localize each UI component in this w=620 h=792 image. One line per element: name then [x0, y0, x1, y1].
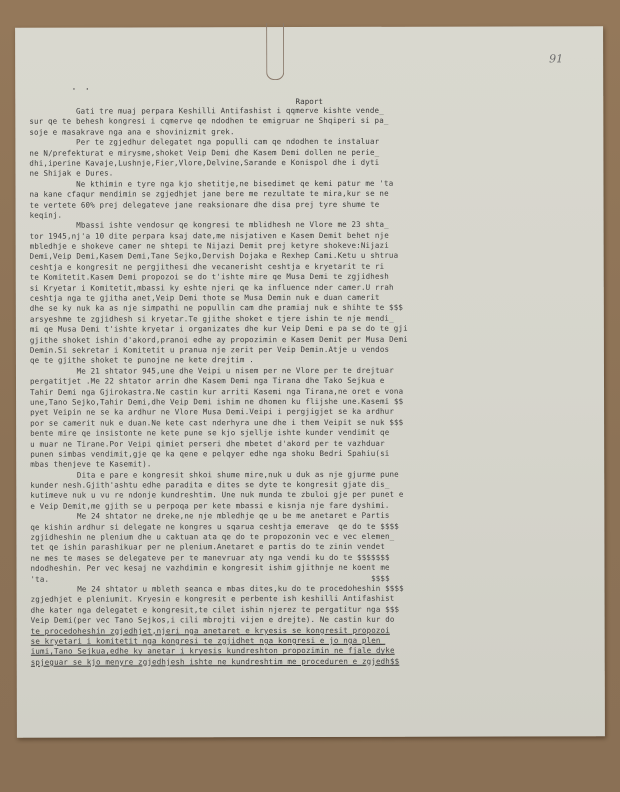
- text-line: spjeguar se kjo menyre zgjedhjesh ishte …: [31, 656, 599, 668]
- page-number: 91: [549, 52, 563, 65]
- ink-marks: ..: [71, 83, 98, 93]
- paperclip-icon: [266, 23, 284, 80]
- document-body: Gati tre muaj perpara Keshilli Antifashi…: [29, 105, 598, 668]
- document-page: .. 91 Raport Gati tre muaj perpara Keshi…: [15, 26, 605, 738]
